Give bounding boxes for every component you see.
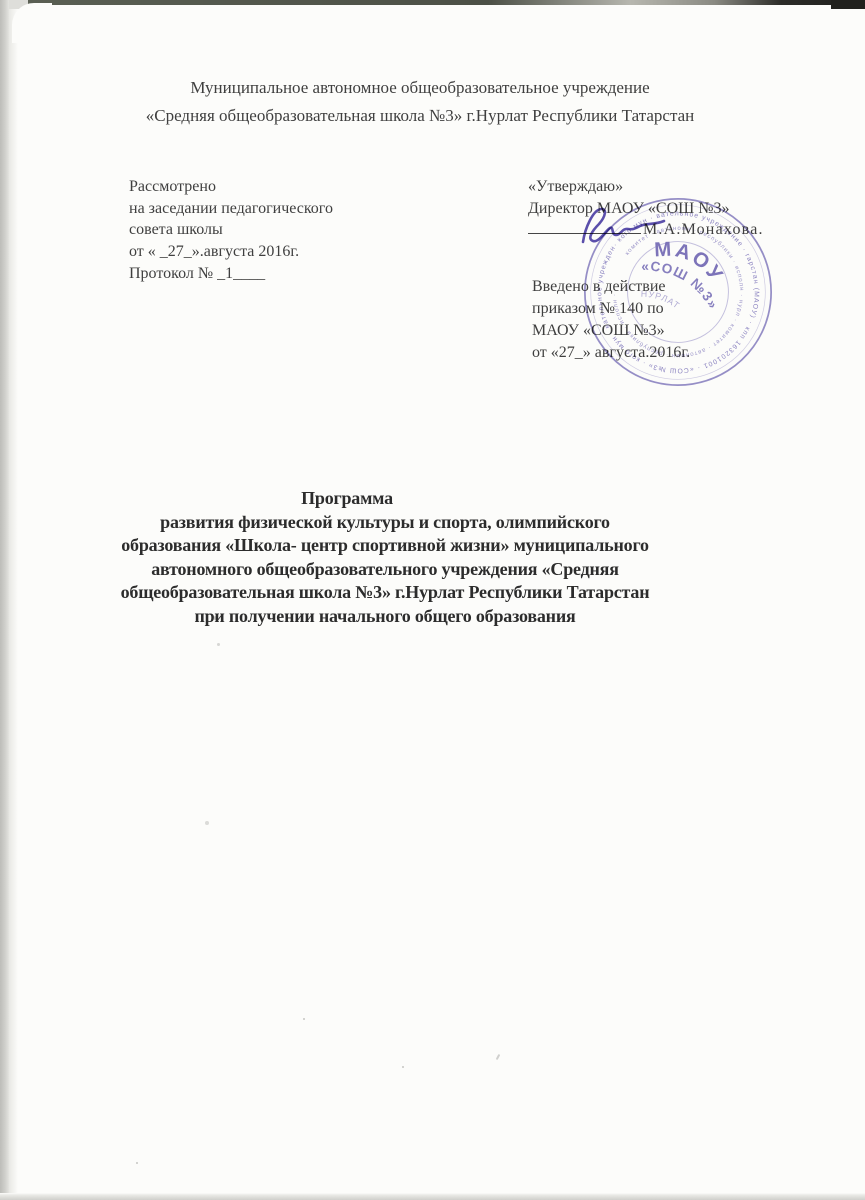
scan-speck: [496, 1054, 501, 1060]
title-line: развития физической культуры и спорта, о…: [85, 511, 685, 535]
title-line: Программа: [47, 487, 647, 511]
document-header: Муниципальное автономное общеобразовател…: [100, 74, 740, 129]
svg-text:НУРЛАТ: НУРЛАТ: [636, 278, 682, 319]
scanned-document-page: Муниципальное автономное общеобразовател…: [0, 0, 865, 1200]
signature-stroke: [583, 209, 664, 242]
scan-speck: [402, 1066, 404, 1068]
scan-edge-left-fade: [9, 8, 18, 1200]
review-line: на заседании педагогического: [129, 198, 459, 220]
director-signature-icon: [576, 202, 678, 250]
scan-edge-bottom: [0, 1193, 865, 1200]
title-line: образования «Школа- центр спортивной жиз…: [85, 534, 685, 558]
scan-edge-left: [0, 0, 9, 1200]
header-line: «Средняя общеобразовательная школа №3» г…: [100, 102, 740, 130]
review-line: Протокол № _1____: [129, 263, 459, 285]
review-line: Рассмотрено: [129, 176, 459, 198]
header-line: Муниципальное автономное общеобразовател…: [100, 74, 740, 102]
scan-edge-top: [28, 0, 865, 5]
scan-speck: [136, 1162, 138, 1164]
review-line: совета школы: [129, 219, 459, 241]
scan-speck: [303, 1018, 305, 1020]
scan-speck: [205, 821, 209, 825]
stamp-center-city: НУРЛАТ: [636, 278, 682, 319]
document-title: Программа развития физической культуры и…: [85, 487, 685, 628]
review-line: от « _27_».августа 2016г.: [129, 241, 459, 263]
scan-corner-curve: [12, 3, 52, 43]
scan-edge-top-right: [831, 0, 865, 9]
title-line: при получении начального общего образова…: [85, 605, 685, 629]
scan-speck: [217, 643, 220, 646]
review-block: Рассмотрено на заседании педагогического…: [129, 176, 459, 285]
title-line: автономного общеобразовательного учрежде…: [85, 558, 685, 582]
title-line: общеобразовательная школа №3» г.Нурлат Р…: [85, 581, 685, 605]
